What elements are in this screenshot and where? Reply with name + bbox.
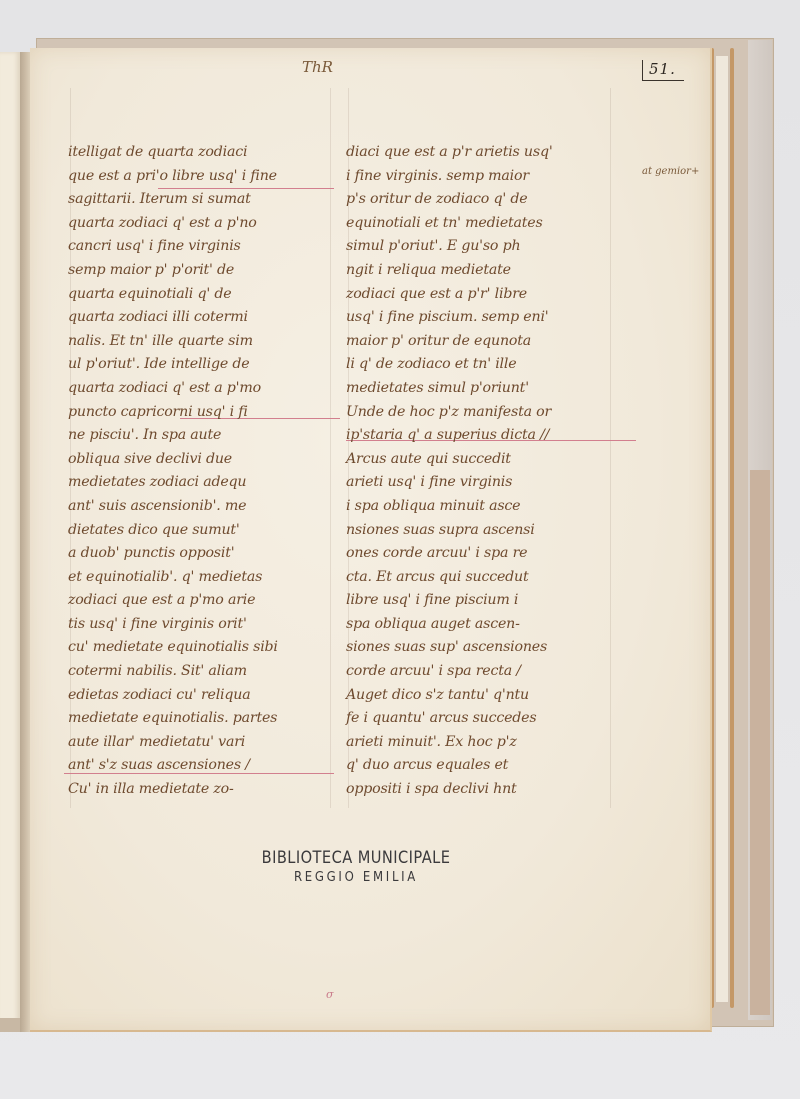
text-line: ngit i reliqua medietate: [346, 259, 646, 283]
text-line: ant' s'z suas ascensiones /: [68, 754, 334, 778]
text-line: edietas zodiaci cu' reliqua: [68, 684, 334, 708]
right-column: diaci que est a p'r arietis usq' i fine …: [346, 141, 646, 802]
text-line: medietates zodiaci adequ: [68, 471, 334, 495]
margin-note: at gemior+: [642, 166, 699, 177]
text-line: ul p'oriut'. Ide intellige de: [68, 353, 334, 377]
text-line: quarta zodiaci q' est a p'no: [68, 212, 334, 236]
text-line: q' duo arcus equales et: [346, 754, 646, 778]
text-line: zodiaci que est a p'mo arie: [68, 589, 334, 613]
text-line: usq' i fine piscium. semp eni': [346, 306, 646, 330]
manuscript-page: ThR 51. at gemior+ itelligat de quarta z…: [30, 48, 712, 1032]
verso-page-edge: [0, 52, 21, 1030]
text-line: oppositi i spa declivi hnt: [346, 778, 646, 802]
text-line: ip'staria q' a superius dicta //: [346, 424, 646, 448]
text-line: fe i quantu' arcus succedes: [346, 707, 646, 731]
text-line: ones corde arcuu' i spa re: [346, 542, 646, 566]
text-line: quarta zodiaci illi cotermi: [68, 306, 334, 330]
text-line: simul p'oriut'. E gu'so ph: [346, 235, 646, 259]
text-line: diaci que est a p'r arietis usq': [346, 141, 646, 165]
text-line: maior p' oritur de equnota: [346, 330, 646, 354]
text-line: siones suas sup' ascensiones: [346, 636, 646, 660]
text-line: arieti minuit'. Ex hoc p'z: [346, 731, 646, 755]
text-line: dietates dico que sumut': [68, 519, 334, 543]
text-line: obliqua sive declivi due: [68, 448, 334, 472]
text-line: Unde de hoc p'z manifesta or: [346, 401, 646, 425]
cover-right-lower: [750, 470, 770, 1015]
text-line: corde arcuu' i spa recta /: [346, 660, 646, 684]
text-line: quarta equinotiali q' de: [68, 283, 334, 307]
text-line: cancri usq' i fine virginis: [68, 235, 334, 259]
text-line: cu' medietate equinotialis sibi: [68, 636, 334, 660]
library-stamp: BIBLIOTECA MUNICIPALE REGGIO EMILIA: [236, 848, 476, 885]
text-line: cotermi nabilis. Sit' aliam: [68, 660, 334, 684]
text-line: Auget dico s'z tantu' q'ntu: [346, 684, 646, 708]
text-line: sagittarii. Iterum si sumat: [68, 188, 334, 212]
text-line: spa obliqua auget ascen-: [346, 613, 646, 637]
text-line: arieti usq' i fine virginis: [346, 471, 646, 495]
text-line: a duob' punctis opposit': [68, 542, 334, 566]
text-line: medietates simul p'oriunt': [346, 377, 646, 401]
text-line: et equinotialib'. q' medietas: [68, 566, 334, 590]
foot-mark: σ: [326, 988, 334, 1001]
text-line: nsiones suas supra ascensi: [346, 519, 646, 543]
text-line: i fine virginis. semp maior: [346, 165, 646, 189]
text-line: tis usq' i fine virginis orit': [68, 613, 334, 637]
text-line: nalis. Et tn' ille quarte sim: [68, 330, 334, 354]
text-line: quarta zodiaci q' est a p'mo: [68, 377, 334, 401]
text-line: semp maior p' p'orit' de: [68, 259, 334, 283]
text-line: Arcus aute qui succedit: [346, 448, 646, 472]
text-line: ne pisciu'. In spa aute: [68, 424, 334, 448]
text-line: que est a pri'o libre usq' i fine: [68, 165, 334, 189]
text-line: libre usq' i fine piscium i: [346, 589, 646, 613]
text-line: itelligat de quarta zodiaci: [68, 141, 334, 165]
text-line: medietate equinotialis. partes: [68, 707, 334, 731]
text-line: cta. Et arcus qui succedut: [346, 566, 646, 590]
text-line: zodiaci que est a p'r' libre: [346, 283, 646, 307]
page-edge: [730, 48, 734, 1008]
text-line: puncto capricorni usq' i fi: [68, 401, 334, 425]
stamp-line-2: REGGIO EMILIA: [248, 870, 464, 885]
text-line: ant' suis ascensionib'. me: [68, 495, 334, 519]
text-line: Cu' in illa medietate zo-: [68, 778, 334, 802]
text-line: aute illar' medietatu' vari: [68, 731, 334, 755]
text-line: p's oritur de zodiaco q' de: [346, 188, 646, 212]
page-leaf: [716, 56, 728, 1002]
stamp-line-1: BIBLIOTECA MUNICIPALE: [253, 848, 459, 868]
running-head: ThR: [302, 58, 333, 76]
text-line: li q' de zodiaco et tn' ille: [346, 353, 646, 377]
text-line: equinotiali et tn' medietates: [346, 212, 646, 236]
left-column: itelligat de quarta zodiaci que est a pr…: [68, 141, 334, 802]
folio-number: 51.: [642, 60, 684, 81]
text-line: i spa obliqua minuit asce: [346, 495, 646, 519]
